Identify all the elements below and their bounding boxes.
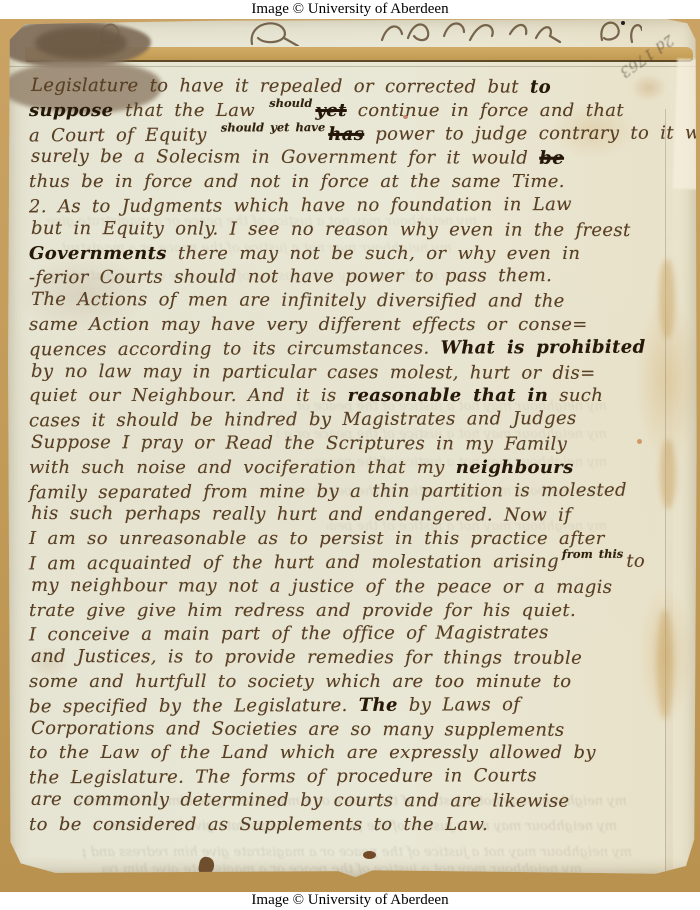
stain-spot — [198, 856, 216, 876]
manuscript-line: suppose that the Law shouldyet continue … — [29, 99, 649, 123]
manuscript-line: be specified by the Legislature. The by … — [29, 692, 649, 719]
bleedthrough-text: my neighbour may not a justice of the pe… — [102, 862, 582, 878]
manuscript-line: same Action may have very different effe… — [29, 313, 649, 337]
manuscript-line: by no law may in particular cases molest… — [31, 359, 651, 385]
manuscript-line: the Legislature. The forms of procedure … — [29, 764, 649, 791]
manuscript-line: some and hurtfull to society which are t… — [29, 670, 649, 694]
fold-stain — [659, 259, 675, 339]
manuscript-paper: 2d 1763 my neighbour may not a justice o… — [7, 19, 697, 878]
manuscript-line: I am acquainted of the hurt and molestat… — [29, 550, 649, 577]
manuscript-line: Corporations and Societies are so many s… — [31, 716, 651, 742]
manuscript-line: Suppose I pray or Read the Scriptures in… — [31, 431, 651, 457]
manuscript-line: and Justices, is to provide remedies for… — [31, 645, 651, 671]
manuscript-line: trate give give him redress and provide … — [29, 599, 649, 623]
manuscript-line: a Court of Equity should yet havehas pow… — [29, 121, 649, 148]
manuscript-line: surely be a Solecism in Government for i… — [31, 145, 651, 171]
manuscript-line: cases it should be hindred by Magistrate… — [29, 407, 649, 434]
manuscript-line: I conceive a main part of the office of … — [29, 621, 649, 648]
manuscript-line: my neighbour may not a justice of the pe… — [31, 574, 651, 600]
manuscript-line: Governments there may not be such, or wh… — [29, 242, 649, 266]
manuscript-line: Legislature to have it repealed or corre… — [31, 74, 651, 100]
caption-top: Image © University of Aberdeen — [0, 0, 700, 19]
manuscript-line: I am so unreasonable as to persist in th… — [29, 527, 649, 551]
manuscript-line: his such perhaps really hurt and endange… — [31, 502, 651, 528]
manuscript-line: with such noise and vociferation that my… — [29, 456, 649, 480]
manuscript-line: quences according to its circumstances. … — [29, 335, 649, 362]
stain-spot — [637, 439, 642, 444]
fold-stain — [657, 609, 673, 719]
manuscript-line: 2. As to Judgments which have no foundat… — [29, 193, 649, 220]
stain-spot — [363, 851, 376, 859]
stain-spot — [621, 21, 625, 25]
fold-stain — [660, 439, 676, 509]
manuscript-line: but in Equity only. I see no reason why … — [31, 217, 651, 243]
manuscript-line: family separated from mine by a thin par… — [29, 478, 649, 505]
screenshot-root: Image © University of Aberdeen 2d 1763 — [0, 0, 700, 910]
manuscript-scan: 2d 1763 my neighbour may not a justice o… — [0, 19, 700, 892]
manuscript-line: thus be in force and not in force at the… — [29, 170, 649, 194]
bleedthrough-text: my neighbour may not a justice of the pe… — [82, 845, 632, 861]
manuscript-text-block: Legislature to have it repealed or corre… — [29, 75, 649, 837]
ink-stain-blob — [35, 27, 127, 59]
manuscript-line: -ferior Courts should not have power to … — [29, 264, 649, 291]
caption-bottom: Image © University of Aberdeen — [0, 891, 700, 910]
manuscript-line: to be considered as Supplements to the L… — [29, 813, 649, 837]
manuscript-line: quiet our Neighbour. And it is reasonabl… — [29, 384, 649, 408]
manuscript-line: are commonly determined by courts and ar… — [31, 788, 651, 814]
manuscript-line: to the Law of the Land which are express… — [29, 741, 649, 765]
stain-spot — [403, 115, 408, 119]
manuscript-line: The Actions of men are infinitely divers… — [31, 288, 651, 314]
